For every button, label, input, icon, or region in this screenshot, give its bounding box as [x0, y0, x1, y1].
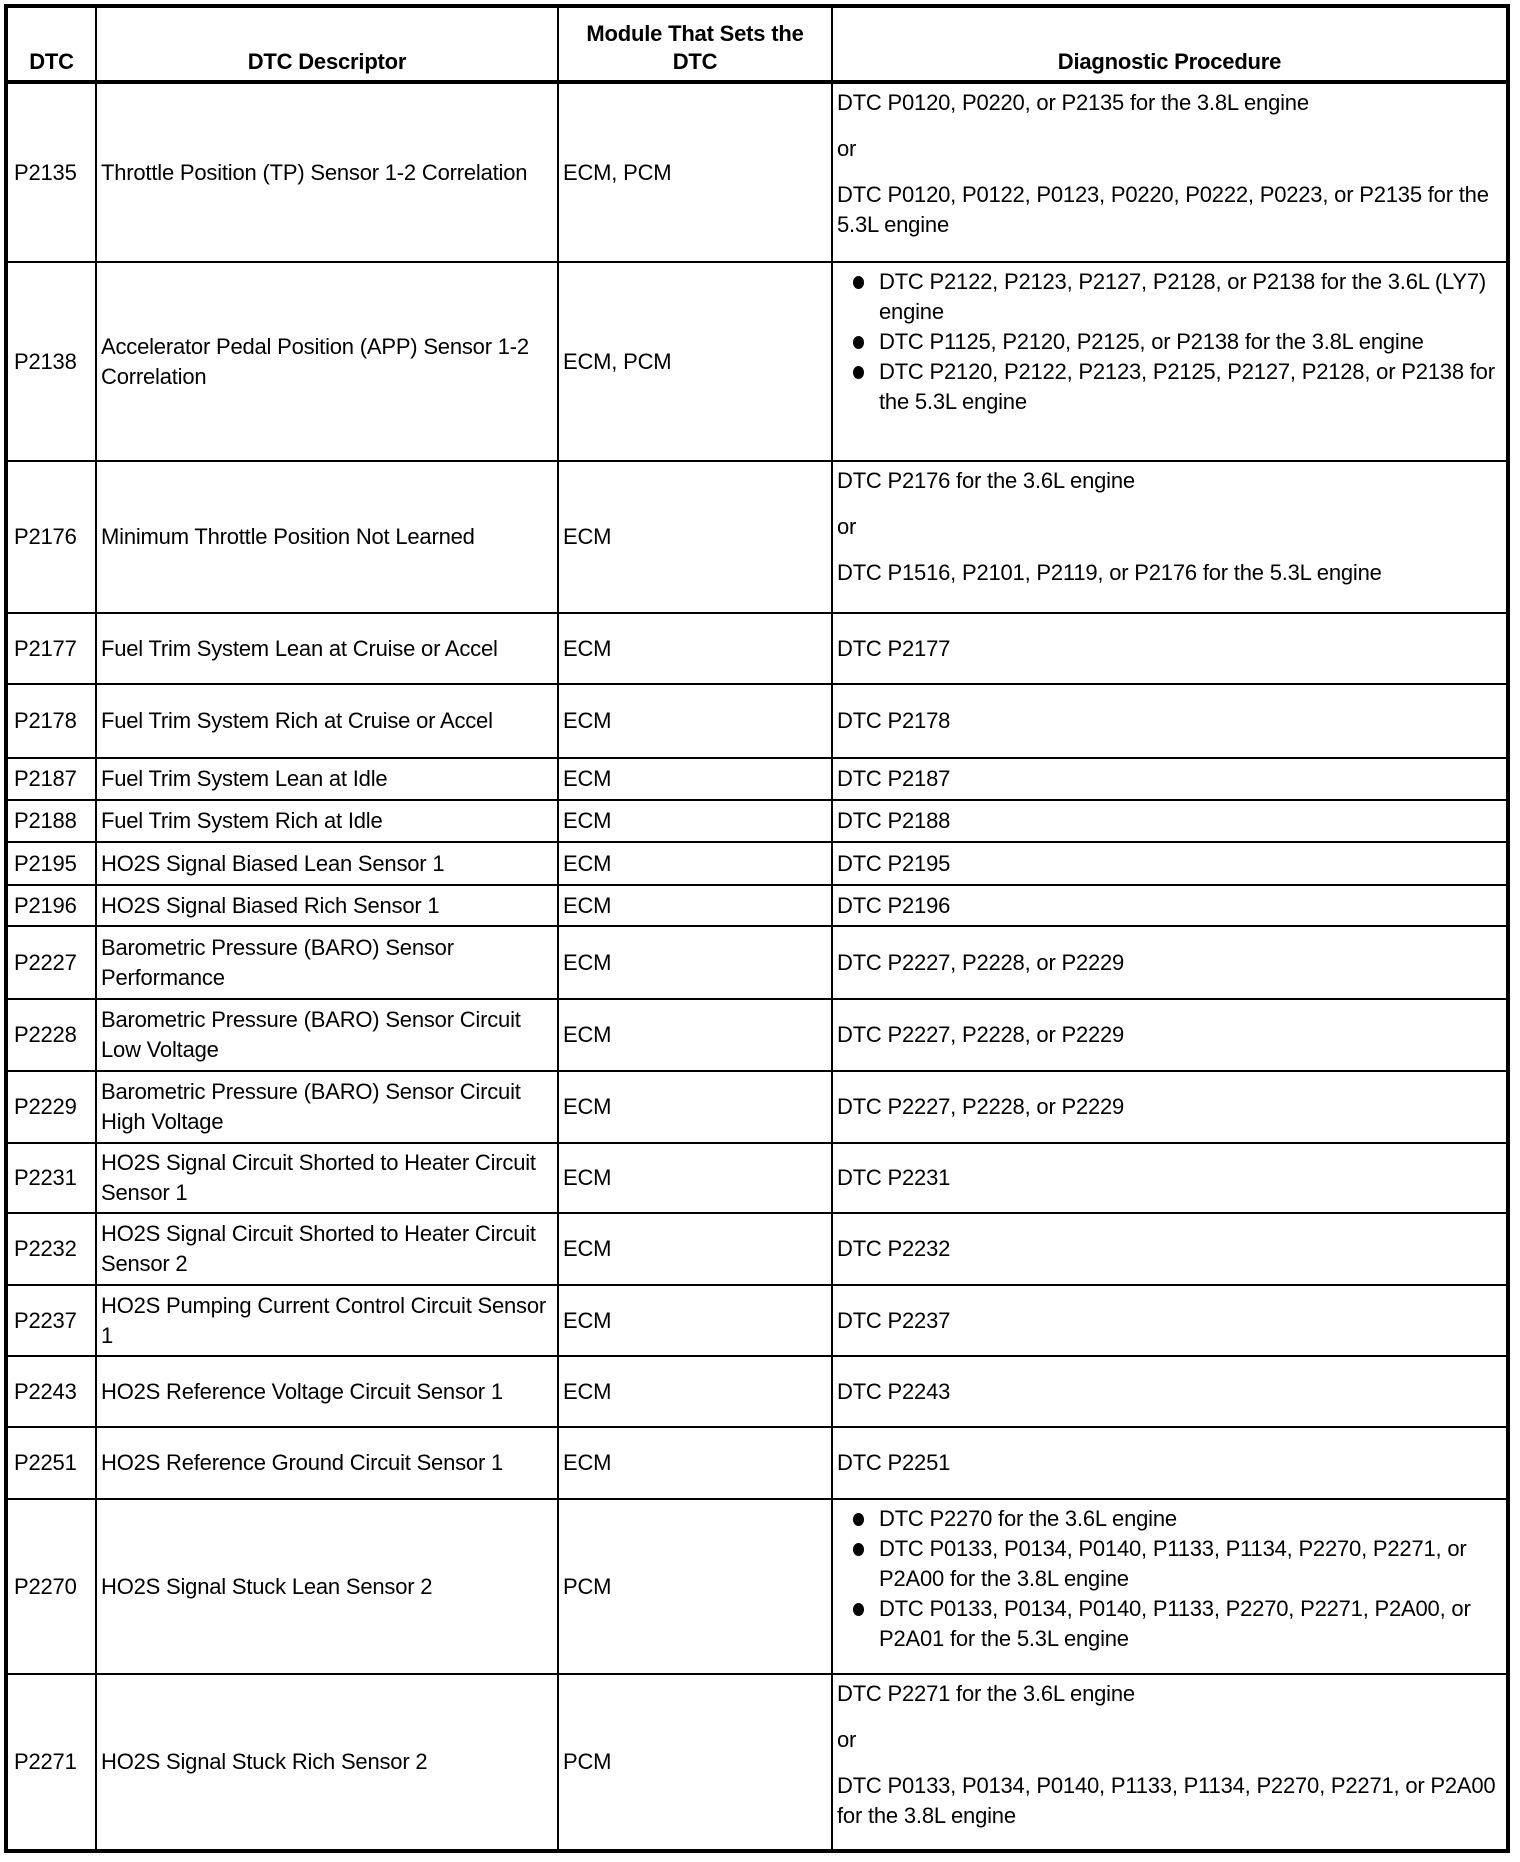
diagnostic-procedure-cell: DTC P2231: [832, 1143, 1508, 1213]
dtc-descriptor-cell: HO2S Signal Circuit Shorted to Heater Ci…: [96, 1143, 558, 1213]
dtc-descriptor-cell: Fuel Trim System Rich at Idle: [96, 800, 558, 842]
diagnostic-procedure-cell: DTC P2227, P2228, or P2229: [832, 999, 1508, 1071]
diagnostic-procedure-cell: DTC P2177: [832, 613, 1508, 684]
header-descriptor: DTC Descriptor: [96, 6, 558, 82]
diagnostic-procedure-cell: DTC P2196: [832, 885, 1508, 926]
module-cell: ECM: [558, 461, 832, 613]
procedure-text: DTC P2120, P2122, P2123, P2125, P2127, P…: [879, 359, 1495, 414]
dtc-descriptor-cell: HO2S Signal Stuck Rich Sensor 2: [96, 1674, 558, 1851]
diagnostic-procedure-cell: DTC P2176 for the 3.6L engineorDTC P1516…: [832, 461, 1508, 613]
table-row: P2138Accelerator Pedal Position (APP) Se…: [6, 262, 1508, 461]
table-row: P2270HO2S Signal Stuck Lean Sensor 2PCMD…: [6, 1499, 1508, 1674]
module-cell: ECM: [558, 885, 832, 926]
dtc-code-cell: P2187: [6, 758, 96, 800]
dtc-code-cell: P2138: [6, 262, 96, 461]
dtc-code-cell: P2237: [6, 1285, 96, 1356]
diagnostic-procedure-cell: DTC P0120, P0220, or P2135 for the 3.8L …: [832, 82, 1508, 262]
procedure-text: DTC P0133, P0134, P0140, P1133, P1134, P…: [837, 1771, 1502, 1831]
diagnostic-procedure-cell: DTC P2271 for the 3.6L engineorDTC P0133…: [832, 1674, 1508, 1851]
table-row: P2243HO2S Reference Voltage Circuit Sens…: [6, 1356, 1508, 1427]
procedure-text: DTC P2251: [837, 1448, 1502, 1478]
procedure-bullet-item: DTC P1125, P2120, P2125, or P2138 for th…: [837, 327, 1502, 357]
dtc-code-cell: P2251: [6, 1427, 96, 1499]
procedure-text: DTC P2196: [837, 891, 1502, 921]
procedure-text: DTC P2243: [837, 1377, 1502, 1407]
table-row: P2231HO2S Signal Circuit Shorted to Heat…: [6, 1143, 1508, 1213]
dtc-code-cell: P2178: [6, 684, 96, 758]
diagnostic-procedure-cell: DTC P2227, P2228, or P2229: [832, 926, 1508, 999]
dtc-descriptor-cell: Throttle Position (TP) Sensor 1-2 Correl…: [96, 82, 558, 262]
module-cell: ECM: [558, 999, 832, 1071]
table-row: P2227Barometric Pressure (BARO) Sensor P…: [6, 926, 1508, 999]
procedure-text: DTC P0133, P0134, P0140, P1133, P1134, P…: [879, 1536, 1467, 1591]
procedure-text: DTC P0120, P0122, P0123, P0220, P0222, P…: [837, 180, 1502, 240]
dtc-table: DTC DTC Descriptor Module That Sets the …: [4, 4, 1510, 1853]
dtc-descriptor-cell: HO2S Signal Biased Rich Sensor 1: [96, 885, 558, 926]
dtc-descriptor-cell: Minimum Throttle Position Not Learned: [96, 461, 558, 613]
dtc-descriptor-cell: Barometric Pressure (BARO) Sensor Perfor…: [96, 926, 558, 999]
header-procedure: Diagnostic Procedure: [832, 6, 1508, 82]
procedure-text: DTC P2178: [837, 706, 1502, 736]
procedure-bullet-item: DTC P2270 for the 3.6L engine: [837, 1504, 1502, 1534]
diagnostic-procedure-cell: DTC P2178: [832, 684, 1508, 758]
bullet-icon: [853, 276, 864, 289]
module-cell: ECM: [558, 613, 832, 684]
procedure-or-separator: or: [837, 512, 1502, 542]
procedure-text: DTC P2227, P2228, or P2229: [837, 948, 1502, 978]
dtc-code-cell: P2135: [6, 82, 96, 262]
bullet-icon: [853, 366, 864, 379]
procedure-or-separator: or: [837, 1725, 1502, 1755]
procedure-text: DTC P2177: [837, 634, 1502, 664]
module-cell: ECM: [558, 1427, 832, 1499]
procedure-text: DTC P1125, P2120, P2125, or P2138 for th…: [879, 329, 1424, 354]
procedure-text: DTC P2231: [837, 1163, 1502, 1193]
dtc-descriptor-cell: HO2S Signal Biased Lean Sensor 1: [96, 842, 558, 885]
table-row: P2176Minimum Throttle Position Not Learn…: [6, 461, 1508, 613]
table-row: P2228Barometric Pressure (BARO) Sensor C…: [6, 999, 1508, 1071]
table-row: P2177Fuel Trim System Lean at Cruise or …: [6, 613, 1508, 684]
procedure-or-separator: or: [837, 134, 1502, 164]
module-cell: ECM: [558, 1285, 832, 1356]
dtc-code-cell: P2188: [6, 800, 96, 842]
module-cell: ECM: [558, 926, 832, 999]
dtc-descriptor-cell: HO2S Reference Voltage Circuit Sensor 1: [96, 1356, 558, 1427]
procedure-text: DTC P0133, P0134, P0140, P1133, P2270, P…: [879, 1596, 1471, 1651]
table-header-row: DTC DTC Descriptor Module That Sets the …: [6, 6, 1508, 82]
paragraph-gap: [837, 1709, 1502, 1725]
dtc-code-cell: P2177: [6, 613, 96, 684]
procedure-bullet-list: DTC P2122, P2123, P2127, P2128, or P2138…: [837, 267, 1502, 417]
dtc-descriptor-cell: Barometric Pressure (BARO) Sensor Circui…: [96, 1071, 558, 1143]
diagnostic-procedure-cell: DTC P2243: [832, 1356, 1508, 1427]
module-cell: ECM, PCM: [558, 262, 832, 461]
dtc-code-cell: P2176: [6, 461, 96, 613]
dtc-code-cell: P2195: [6, 842, 96, 885]
procedure-text: DTC P2232: [837, 1234, 1502, 1264]
module-cell: ECM, PCM: [558, 82, 832, 262]
module-cell: ECM: [558, 1213, 832, 1285]
procedure-text: DTC P0120, P0220, or P2135 for the 3.8L …: [837, 88, 1502, 118]
dtc-descriptor-cell: HO2S Reference Ground Circuit Sensor 1: [96, 1427, 558, 1499]
procedure-bullet-item: DTC P0133, P0134, P0140, P1133, P2270, P…: [837, 1594, 1502, 1654]
paragraph-gap: [837, 1755, 1502, 1771]
table-row: P2188Fuel Trim System Rich at IdleECMDTC…: [6, 800, 1508, 842]
dtc-code-cell: P2271: [6, 1674, 96, 1851]
procedure-bullet-item: DTC P2120, P2122, P2123, P2125, P2127, P…: [837, 357, 1502, 417]
procedure-text: DTC P2176 for the 3.6L engine: [837, 466, 1502, 496]
dtc-code-cell: P2243: [6, 1356, 96, 1427]
dtc-code-cell: P2227: [6, 926, 96, 999]
table-row: P2178Fuel Trim System Rich at Cruise or …: [6, 684, 1508, 758]
table-row: P2135Throttle Position (TP) Sensor 1-2 C…: [6, 82, 1508, 262]
bullet-icon: [853, 1543, 864, 1556]
dtc-code-cell: P2229: [6, 1071, 96, 1143]
procedure-bullet-item: DTC P2122, P2123, P2127, P2128, or P2138…: [837, 267, 1502, 327]
diagnostic-procedure-cell: DTC P2227, P2228, or P2229: [832, 1071, 1508, 1143]
diagnostic-procedure-cell: DTC P2122, P2123, P2127, P2128, or P2138…: [832, 262, 1508, 461]
dtc-code-cell: P2270: [6, 1499, 96, 1674]
diagnostic-procedure-cell: DTC P2195: [832, 842, 1508, 885]
procedure-text: DTC P2227, P2228, or P2229: [837, 1092, 1502, 1122]
table-row: P2195HO2S Signal Biased Lean Sensor 1ECM…: [6, 842, 1508, 885]
bullet-icon: [853, 336, 864, 349]
table-row: P2237HO2S Pumping Current Control Circui…: [6, 1285, 1508, 1356]
dtc-descriptor-cell: HO2S Pumping Current Control Circuit Sen…: [96, 1285, 558, 1356]
dtc-descriptor-cell: HO2S Signal Stuck Lean Sensor 2: [96, 1499, 558, 1674]
table-row: P2187Fuel Trim System Lean at IdleECMDTC…: [6, 758, 1508, 800]
diagnostic-procedure-cell: DTC P2232: [832, 1213, 1508, 1285]
procedure-text: DTC P2187: [837, 764, 1502, 794]
table-row: P2251HO2S Reference Ground Circuit Senso…: [6, 1427, 1508, 1499]
module-cell: PCM: [558, 1674, 832, 1851]
paragraph-gap: [837, 164, 1502, 180]
procedure-text: DTC P2188: [837, 806, 1502, 836]
procedure-bullet-list: DTC P2270 for the 3.6L engineDTC P0133, …: [837, 1504, 1502, 1654]
procedure-text: DTC P2271 for the 3.6L engine: [837, 1679, 1502, 1709]
module-cell: ECM: [558, 758, 832, 800]
dtc-code-cell: P2196: [6, 885, 96, 926]
paragraph-gap: [837, 496, 1502, 512]
diagnostic-procedure-cell: DTC P2251: [832, 1427, 1508, 1499]
bullet-icon: [853, 1513, 864, 1526]
procedure-text: DTC P2227, P2228, or P2229: [837, 1020, 1502, 1050]
table-row: P2229Barometric Pressure (BARO) Sensor C…: [6, 1071, 1508, 1143]
module-cell: ECM: [558, 1071, 832, 1143]
procedure-text: DTC P2237: [837, 1306, 1502, 1336]
table-row: P2232HO2S Signal Circuit Shorted to Heat…: [6, 1213, 1508, 1285]
dtc-descriptor-cell: Fuel Trim System Lean at Idle: [96, 758, 558, 800]
dtc-descriptor-cell: Fuel Trim System Rich at Cruise or Accel: [96, 684, 558, 758]
table-body: P2135Throttle Position (TP) Sensor 1-2 C…: [6, 82, 1508, 1851]
header-dtc: DTC: [6, 6, 96, 82]
header-module: Module That Sets the DTC: [558, 6, 832, 82]
diagnostic-procedure-cell: DTC P2270 for the 3.6L engineDTC P0133, …: [832, 1499, 1508, 1674]
dtc-descriptor-cell: Accelerator Pedal Position (APP) Sensor …: [96, 262, 558, 461]
procedure-text: DTC P1516, P2101, P2119, or P2176 for th…: [837, 558, 1502, 588]
diagnostic-procedure-cell: DTC P2187: [832, 758, 1508, 800]
module-cell: ECM: [558, 800, 832, 842]
module-cell: ECM: [558, 842, 832, 885]
dtc-code-cell: P2231: [6, 1143, 96, 1213]
module-cell: ECM: [558, 1143, 832, 1213]
bullet-icon: [853, 1603, 864, 1616]
diagnostic-procedure-cell: DTC P2237: [832, 1285, 1508, 1356]
paragraph-gap: [837, 542, 1502, 558]
procedure-text: DTC P2270 for the 3.6L engine: [879, 1506, 1177, 1531]
module-cell: ECM: [558, 684, 832, 758]
dtc-code-cell: P2228: [6, 999, 96, 1071]
dtc-descriptor-cell: Fuel Trim System Lean at Cruise or Accel: [96, 613, 558, 684]
module-cell: ECM: [558, 1356, 832, 1427]
diagnostic-procedure-cell: DTC P2188: [832, 800, 1508, 842]
paragraph-gap: [837, 118, 1502, 134]
table-row: P2271HO2S Signal Stuck Rich Sensor 2PCMD…: [6, 1674, 1508, 1851]
module-cell: PCM: [558, 1499, 832, 1674]
procedure-bullet-item: DTC P0133, P0134, P0140, P1133, P1134, P…: [837, 1534, 1502, 1594]
table-row: P2196HO2S Signal Biased Rich Sensor 1ECM…: [6, 885, 1508, 926]
procedure-text: DTC P2195: [837, 849, 1502, 879]
dtc-code-cell: P2232: [6, 1213, 96, 1285]
procedure-text: DTC P2122, P2123, P2127, P2128, or P2138…: [879, 269, 1486, 324]
dtc-descriptor-cell: Barometric Pressure (BARO) Sensor Circui…: [96, 999, 558, 1071]
dtc-descriptor-cell: HO2S Signal Circuit Shorted to Heater Ci…: [96, 1213, 558, 1285]
